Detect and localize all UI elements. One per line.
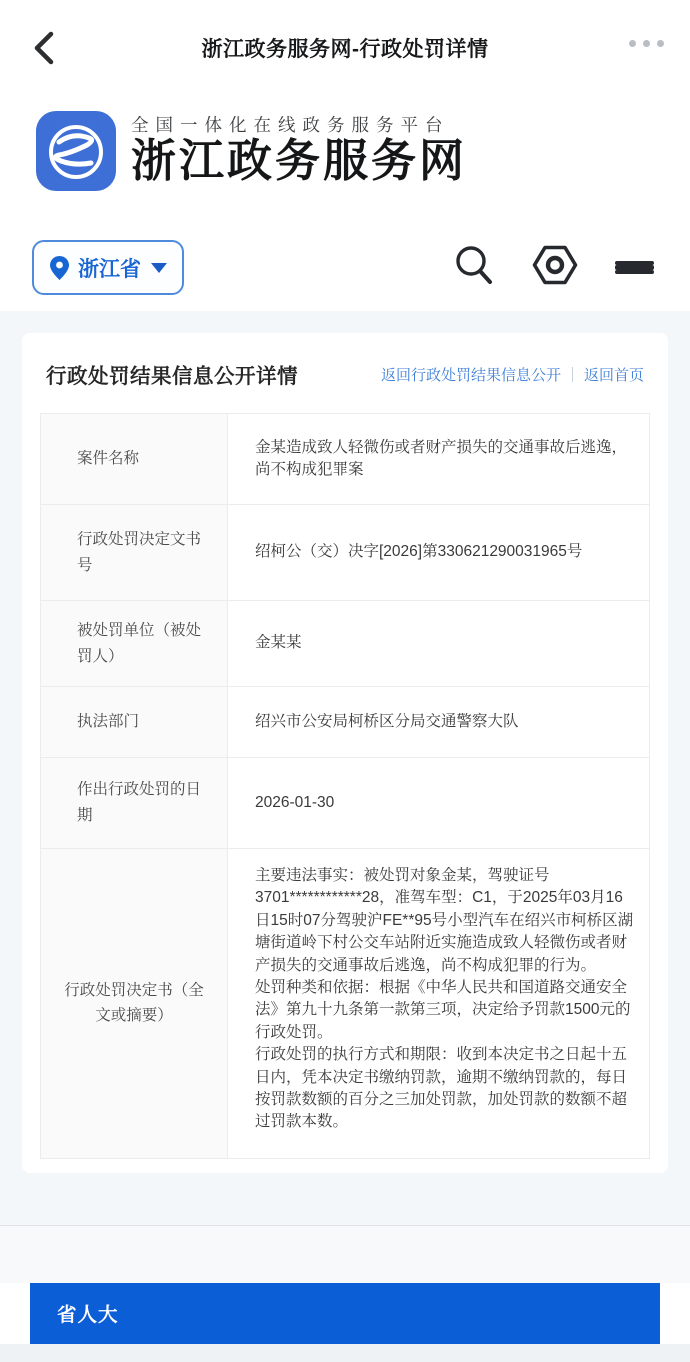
screen: 浙江政务服务网-行政处罚详情 全国一体化在线政务服务平台 浙江政务服务网 浙江省 (0, 0, 690, 1362)
footer-section-provincial-congress[interactable]: 省人大 (30, 1283, 660, 1344)
row-label: 执法部门 (41, 687, 228, 757)
location-pin-icon (49, 255, 70, 281)
back-to-home-link[interactable]: 返回首页 (584, 364, 644, 385)
spacer (0, 1226, 690, 1283)
decision-facts: 主要违法事实：被处罚对象金某，驾驶证号3701************28，准驾… (255, 865, 635, 977)
more-options-icon[interactable] (629, 40, 664, 47)
chevron-down-icon (151, 263, 167, 273)
nav-icons (453, 244, 654, 291)
spacer (0, 1173, 690, 1225)
footer-section-label: 省人大 (57, 1299, 119, 1327)
row-value: 绍兴市公安局柯桥区分局交通警察大队 (228, 687, 649, 757)
row-value: 主要违法事实：被处罚对象金某，驾驶证号3701************28，准驾… (228, 849, 649, 1158)
link-divider (572, 367, 573, 382)
page-window-title: 浙江政务服务网-行政处罚详情 (202, 33, 489, 63)
header-links: 返回行政处罚结果信息公开 返回首页 (381, 364, 644, 385)
row-value: 绍柯公（交）决字[2026]第330621290031965号 (228, 505, 649, 600)
platform-tagline: 全国一体化在线政务服务平台 (131, 112, 467, 137)
row-label: 行政处罚决定书（全文或摘要） (41, 849, 228, 1158)
content-area: 行政处罚结果信息公开详情 返回行政处罚结果信息公开 返回首页 案件名称 金某造成… (0, 311, 690, 1173)
decision-execution: 行政处罚的执行方式和期限：收到本决定书之日起十五日内，凭本决定书缴纳罚款，逾期不… (255, 1044, 635, 1134)
table-row-document-number: 行政处罚决定文书号 绍柯公（交）决字[2026]第330621290031965… (41, 505, 649, 601)
row-label: 行政处罚决定文书号 (41, 505, 228, 600)
row-value: 金某某 (228, 601, 649, 686)
table-row-enforcement-department: 执法部门 绍兴市公安局柯桥区分局交通警察大队 (41, 687, 649, 758)
search-icon[interactable] (453, 244, 495, 291)
zhejiang-gov-logo-icon (35, 110, 117, 192)
site-name: 浙江政务服务网 (131, 137, 467, 186)
table-row-decision-document: 行政处罚决定书（全文或摘要） 主要违法事实：被处罚对象金某，驾驶证号3701**… (41, 849, 649, 1158)
back-icon[interactable] (30, 28, 56, 68)
row-label: 被处罚单位（被处罚人） (41, 601, 228, 686)
table-row-penalty-date: 作出行政处罚的日期 2026-01-30 (41, 758, 649, 849)
discover-hexagon-icon[interactable] (531, 244, 579, 291)
penalty-detail-table: 案件名称 金某造成致人轻微伤或者财产损失的交通事故后逃逸，尚不构成犯罪案 行政处… (40, 413, 650, 1159)
region-selector[interactable]: 浙江省 (32, 240, 184, 295)
nav-row: 浙江省 (0, 192, 690, 311)
decision-basis: 处罚种类和依据：根据《中华人民共和国道路交通安全法》第九十九条第一款第三项，决定… (255, 977, 635, 1044)
spacer (0, 1344, 690, 1362)
row-value: 金某造成致人轻微伤或者财产损失的交通事故后逃逸，尚不构成犯罪案 (228, 414, 649, 504)
brand-text: 全国一体化在线政务服务平台 浙江政务服务网 (131, 110, 467, 192)
back-to-list-link[interactable]: 返回行政处罚结果信息公开 (381, 364, 561, 385)
app-bar: 浙江政务服务网-行政处罚详情 (0, 0, 690, 96)
region-label: 浙江省 (78, 253, 141, 283)
penalty-detail-card: 行政处罚结果信息公开详情 返回行政处罚结果信息公开 返回首页 案件名称 金某造成… (22, 333, 668, 1173)
brand-header: 全国一体化在线政务服务平台 浙江政务服务网 (0, 96, 690, 192)
row-label: 案件名称 (41, 414, 228, 504)
table-row-punished-party: 被处罚单位（被处罚人） 金某某 (41, 601, 649, 687)
row-value: 2026-01-30 (228, 758, 649, 848)
row-label: 作出行政处罚的日期 (41, 758, 228, 848)
table-row-case-name: 案件名称 金某造成致人轻微伤或者财产损失的交通事故后逃逸，尚不构成犯罪案 (41, 414, 649, 505)
page-title: 行政处罚结果信息公开详情 (46, 359, 298, 389)
card-header: 行政处罚结果信息公开详情 返回行政处罚结果信息公开 返回首页 (46, 359, 644, 389)
menu-icon[interactable] (615, 259, 654, 277)
